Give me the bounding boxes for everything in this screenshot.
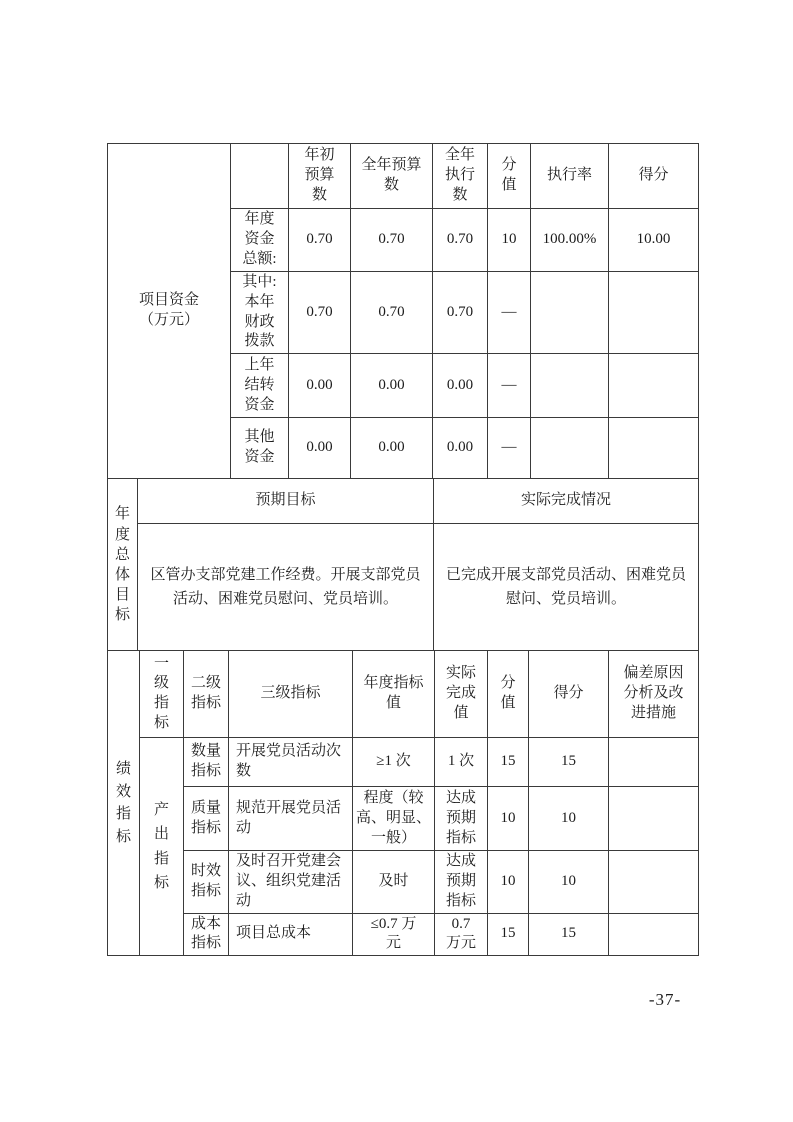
funding-cell: 0.00 (433, 418, 488, 479)
annual-goal-table: 年 度 总 体 目 标 预期目标 实际完成情况 区管办支部党建工作经费。开展支部… (107, 478, 699, 651)
budget-performance-form: 项目资金 （万元） 年初 预算 数 全年预算 数 全年 执行 数 分 值 执行率… (107, 143, 698, 956)
perf-row-quality: 质量 指标 规范开展党员活 动 程度（较 高、明显、 一般） 达成 预期 指标 … (108, 787, 699, 851)
funding-cell: 0.70 (289, 209, 351, 272)
funding-row-label: 其中: 本年 财政 拨款 (231, 272, 289, 354)
actual-completion-header: 实际完成情况 (434, 479, 699, 524)
perf-level2-cell: 数量 指标 (184, 738, 229, 787)
perf-score-cell: 15 (529, 913, 609, 956)
funding-cell: 0.70 (351, 209, 433, 272)
perf-actual-cell: 达成 预期 指标 (435, 851, 488, 913)
perf-deviation-cell (609, 913, 699, 956)
perf-deviation-cell (609, 851, 699, 913)
perf-target-cell: 及时 (353, 851, 435, 913)
perf-col-header-score: 得分 (529, 651, 609, 738)
funding-cell: 100.00% (531, 209, 609, 272)
funding-cell: 0.70 (433, 272, 488, 354)
funding-cell: 0.00 (433, 354, 488, 418)
perf-level2-cell: 成本 指标 (184, 913, 229, 956)
perf-score-cell: 10 (529, 851, 609, 913)
funding-row-label: 其他 资金 (231, 418, 289, 479)
funding-section-header: 项目资金 （万元） (108, 144, 231, 479)
funding-cell: 0.00 (289, 418, 351, 479)
funding-cell: 0.00 (351, 354, 433, 418)
expected-goal-header: 预期目标 (138, 479, 434, 524)
funding-cell (531, 272, 609, 354)
funding-cell: 0.70 (289, 272, 351, 354)
perf-score-value-cell: 10 (488, 787, 529, 851)
perf-col-header-target-value: 年度指标 值 (353, 651, 435, 738)
perf-actual-cell: 达成 预期 指标 (435, 787, 488, 851)
funding-cell (531, 354, 609, 418)
funding-cell (609, 418, 699, 479)
perf-actual-cell: 0.7 万元 (435, 913, 488, 956)
funding-row-label: 上年 结转 资金 (231, 354, 289, 418)
funding-col-header-annual-execution: 全年 执行 数 (433, 144, 488, 209)
funding-cell: 0.00 (289, 354, 351, 418)
funding-col-header-annual-budget: 全年预算 数 (351, 144, 433, 209)
performance-section-header: 绩 效 指 标 (108, 651, 140, 956)
expected-goal-text: 区管办支部党建工作经费。开展支部党员 活动、困难党员慰问、党员培训。 (138, 524, 434, 651)
funding-row-label: 年度 资金 总额: (231, 209, 289, 272)
perf-col-header-deviation: 偏差原因 分析及改 进措施 (609, 651, 699, 738)
funding-cell: — (488, 418, 531, 479)
annual-goal-section-header: 年 度 总 体 目 标 (108, 479, 138, 651)
perf-score-cell: 10 (529, 787, 609, 851)
perf-level2-cell: 质量 指标 (184, 787, 229, 851)
perf-col-header-actual-value: 实际 完成 值 (435, 651, 488, 738)
perf-level3-cell: 开展党员活动次 数 (229, 738, 353, 787)
funding-cell: 10.00 (609, 209, 699, 272)
funding-col-header-initial-budget: 年初 预算 数 (289, 144, 351, 209)
perf-col-header-score-value: 分 值 (488, 651, 529, 738)
perf-level2-cell: 时效 指标 (184, 851, 229, 913)
perf-target-cell: ≤0.7 万 元 (353, 913, 435, 956)
perf-score-value-cell: 15 (488, 738, 529, 787)
actual-completion-text: 已完成开展支部党员活动、困难党员 慰问、党员培训。 (434, 524, 699, 651)
funding-cell (609, 272, 699, 354)
funding-cell: — (488, 272, 531, 354)
funding-cell (531, 418, 609, 479)
funding-col-header-execution-rate: 执行率 (531, 144, 609, 209)
perf-level3-cell: 规范开展党员活 动 (229, 787, 353, 851)
funding-cell: 0.70 (433, 209, 488, 272)
funding-col-header-score: 得分 (609, 144, 699, 209)
perf-col-header-level3: 三级指标 (229, 651, 353, 738)
perf-row-quantity: 产 出 指 标 数量 指标 开展党员活动次 数 ≥1 次 1 次 15 15 (108, 738, 699, 787)
perf-actual-cell: 1 次 (435, 738, 488, 787)
perf-score-value-cell: 10 (488, 851, 529, 913)
perf-row-cost: 成本 指标 项目总成本 ≤0.7 万 元 0.7 万元 15 15 (108, 913, 699, 956)
performance-indicator-table: 绩 效 指 标 一 级 指 标 二级 指标 三级指标 年度指标 值 实际 完成 … (107, 650, 699, 956)
funding-cell: 0.00 (351, 418, 433, 479)
perf-deviation-cell (609, 787, 699, 851)
perf-deviation-cell (609, 738, 699, 787)
perf-target-cell: 程度（较 高、明显、 一般） (353, 787, 435, 851)
document-page: 项目资金 （万元） 年初 预算 数 全年预算 数 全年 执行 数 分 值 执行率… (0, 0, 793, 1122)
funding-cell: — (488, 354, 531, 418)
funding-cell: 0.70 (351, 272, 433, 354)
funding-cell (609, 354, 699, 418)
funding-corner-cell (231, 144, 289, 209)
project-funding-table: 项目资金 （万元） 年初 预算 数 全年预算 数 全年 执行 数 分 值 执行率… (107, 143, 699, 479)
perf-score-cell: 15 (529, 738, 609, 787)
perf-level1-cell: 产 出 指 标 (140, 738, 184, 956)
perf-target-cell: ≥1 次 (353, 738, 435, 787)
funding-cell: 10 (488, 209, 531, 272)
perf-score-value-cell: 15 (488, 913, 529, 956)
perf-row-timeliness: 时效 指标 及时召开党建会 议、组织党建活 动 及时 达成 预期 指标 10 1… (108, 851, 699, 913)
perf-level3-cell: 及时召开党建会 议、组织党建活 动 (229, 851, 353, 913)
funding-col-header-score-value: 分 值 (488, 144, 531, 209)
page-number: -37- (630, 990, 700, 1010)
perf-col-header-level1: 一 级 指 标 (140, 651, 184, 738)
perf-level3-cell: 项目总成本 (229, 913, 353, 956)
perf-col-header-level2: 二级 指标 (184, 651, 229, 738)
